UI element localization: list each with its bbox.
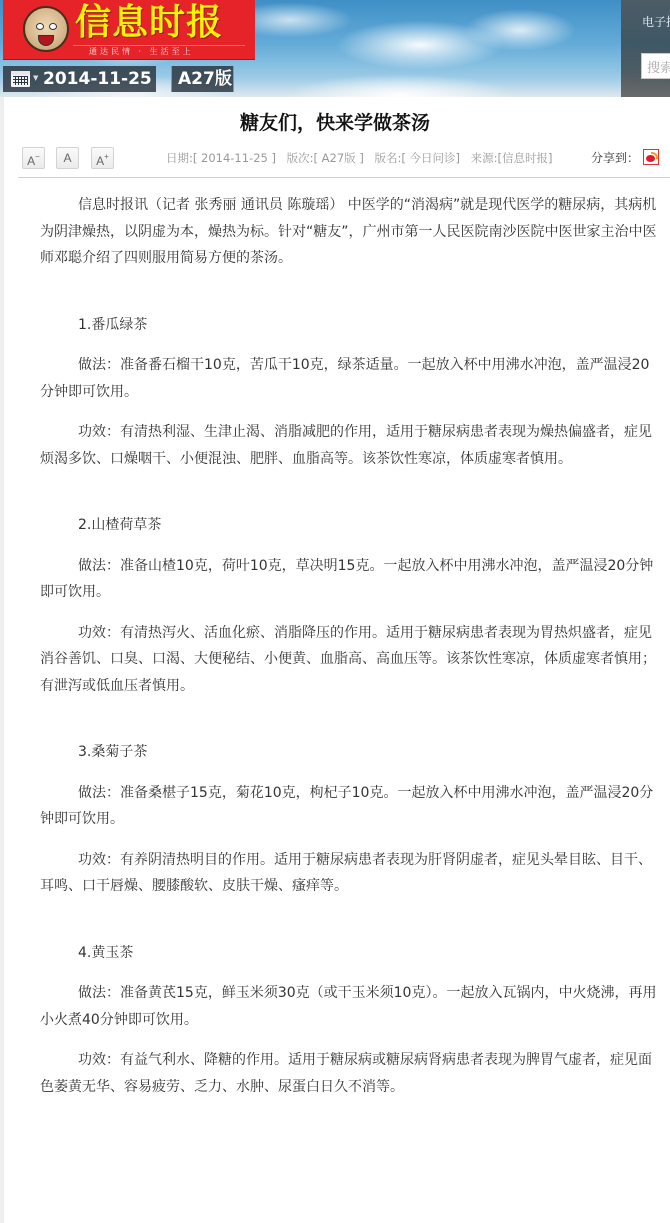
article-body: 信息时报讯（记者 张秀丽 通讯员 陈璇瑶） 中医学的“消渴病”就是现代医学的糖尿… — [40, 192, 660, 1100]
meta-edition: 版次:[ A27版 ] — [287, 151, 364, 165]
font-decrease-label: A — [27, 154, 35, 168]
meta-date: 日期:[ 2014-11-25 ] — [166, 151, 276, 165]
search-input[interactable]: 搜索 — [641, 53, 670, 79]
chevron-down-icon[interactable]: ▼ — [33, 74, 38, 82]
meta-source: 来源:[信息时报] — [471, 151, 553, 165]
date-picker[interactable]: ▼ 2014-11-25 — [3, 66, 156, 92]
intro-paragraph: 信息时报讯（记者 张秀丽 通讯员 陈璇瑶） 中医学的“消渴病”就是现代医学的糖尿… — [40, 192, 660, 272]
share-label: 分享到： — [591, 149, 639, 167]
recipe-2-effect: 功效：有清热泻火、活血化瘀、消脂降压的作用。适用于糖尿病患者表现为胃热炽盛者，症… — [40, 620, 660, 700]
article-meta: 日期:[ 2014-11-25 ] 版次:[ A27版 ] 版名:[ 今日问诊]… — [166, 149, 560, 167]
logo-title: 信息时报 — [75, 1, 223, 45]
edition-selector[interactable]: A27版 — [171, 66, 234, 92]
newspaper-logo[interactable]: 信息时报 通达民情 · 生活至上 — [3, 0, 255, 60]
logo-slogan: 通达民情 · 生活至上 — [89, 46, 194, 57]
weibo-share-icon[interactable] — [643, 149, 659, 165]
recipe-1-name: 1.番瓜绿茶 — [40, 312, 660, 339]
recipe-4-effect: 功效：有益气利水、降糖的作用。适用于糖尿病或糖尿病肾病患者表现为脾胃气虚者，症见… — [40, 1047, 660, 1100]
left-gutter — [0, 97, 4, 1223]
meta-section: 版名:[ 今日问诊] — [374, 151, 460, 165]
recipe-2-name: 2.山楂荷草茶 — [40, 512, 660, 539]
recipe-4-name: 4.黄玉茶 — [40, 940, 660, 967]
lion-mascot-icon — [23, 6, 69, 52]
recipe-2-method: 做法：准备山楂10克，荷叶10克，草决明15克。一起放入杯中用沸水冲泡，盖严温浸… — [40, 553, 660, 606]
edition-label[interactable]: A27版 — [178, 68, 232, 90]
font-increase-button[interactable]: A+ — [91, 147, 114, 169]
issue-date[interactable]: 2014-11-25 — [43, 68, 152, 90]
recipe-3-name: 3.桑菊子茶 — [40, 739, 660, 766]
recipe-3-method: 做法：准备桑椹子15克，菊花10克，枸杞子10克。一起放入杯中用沸水冲泡，盖严温… — [40, 780, 660, 833]
calendar-icon[interactable] — [11, 71, 30, 87]
epaper-link[interactable]: 电子报 — [642, 14, 670, 30]
header-divider — [18, 177, 670, 178]
article-title: 糖友们，快来学做茶汤 — [0, 110, 670, 136]
font-decrease-button[interactable]: A− — [22, 147, 45, 169]
font-normal-label: A — [63, 151, 71, 165]
font-increase-label: A — [96, 154, 104, 168]
recipe-4-method: 做法：准备黄芪15克，鲜玉米须30克（或干玉米须10克）。一起放入瓦锅内，中火烧… — [40, 980, 660, 1033]
recipe-1-effect: 功效：有清热利湿、生津止渴、消脂减肥的作用，适用于糖尿病患者表现为燥热偏盛者，症… — [40, 419, 660, 472]
font-normal-button[interactable]: A — [56, 147, 79, 169]
recipe-1-method: 做法：准备番石榴干10克，苦瓜干10克，绿茶适量。一起放入杯中用沸水冲泡，盖严温… — [40, 352, 660, 405]
recipe-3-effect: 功效：有养阴清热明目的作用。适用于糖尿病患者表现为肝肾阴虚者，症见头晕目眩、目干… — [40, 847, 660, 900]
